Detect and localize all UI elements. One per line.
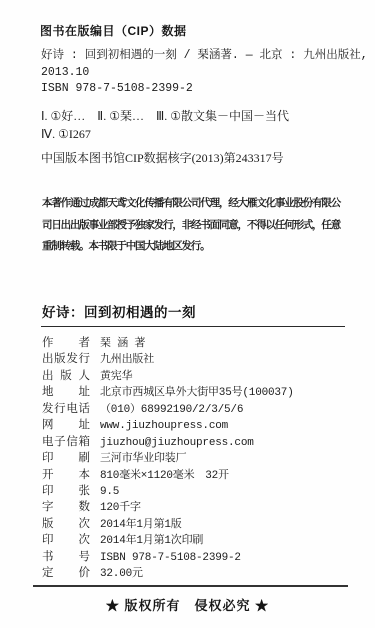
field-value: 三河市华业印装厂	[100, 449, 186, 465]
publication-info-row: 出版发行九州出版社	[42, 350, 345, 366]
publication-info-row: 发行电话（010）68992190/2/3/5/6	[42, 400, 345, 416]
cip-classification-line: Ⅳ. ①I267	[41, 125, 289, 143]
publication-info-row: 作者琹 涵 著	[42, 334, 345, 350]
field-value: 2014年1月第1版	[100, 515, 182, 531]
field-label: 地址	[42, 383, 90, 399]
publication-info-row: 定价32.00元	[42, 564, 345, 580]
field-label: 发行电话	[42, 400, 90, 416]
field-value: www.jiuzhoupress.com	[100, 420, 228, 432]
publication-info-row: 印刷三河市华业印装厂	[42, 449, 345, 465]
field-value: 九州出版社	[100, 350, 154, 366]
book-title: 好诗：回到初相遇的一刻	[42, 301, 196, 321]
cip-record-line: ISBN 978-7-5108-2399-2	[41, 81, 345, 98]
field-value: 32.00元	[100, 564, 143, 580]
publication-info-row: 出版人黄宪华	[42, 367, 345, 383]
field-label: 版次	[42, 515, 90, 531]
field-value: 9.5	[100, 486, 119, 498]
field-label: 出版发行	[42, 350, 90, 366]
cip-record-line: 2013.10	[41, 65, 345, 82]
field-label: 印刷	[42, 449, 90, 465]
field-value: ISBN 978-7-5108-2399-2	[100, 552, 241, 564]
field-label: 印张	[42, 482, 90, 498]
publication-info-row: 印张9.5	[42, 482, 345, 498]
field-value: 2014年1月第1次印刷	[100, 531, 203, 547]
cip-classification-line: Ⅰ. ①好… Ⅱ. ①琹… Ⅲ. ①散文集－中国－当代	[41, 107, 289, 125]
field-label: 开本	[42, 466, 90, 482]
publication-info-row: 书号ISBN 978-7-5108-2399-2	[42, 548, 345, 564]
field-label: 出版人	[42, 367, 90, 383]
publication-info-row: 字数120千字	[42, 498, 345, 514]
cip-record-line: 好诗 : 回到初相遇的一刻 / 琹涵著. — 北京 : 九州出版社,	[41, 48, 345, 65]
publication-info-row: 开本810毫米×1120毫米 32开	[42, 466, 345, 482]
cip-section-header: 图书在版编目（CIP）数据	[40, 22, 187, 39]
bottom-divider-rule	[33, 585, 348, 587]
copyright-warning: ★ 版权所有 侵权必究 ★	[0, 595, 375, 614]
book-copyright-page: 图书在版编目（CIP）数据 好诗 : 回到初相遇的一刻 / 琹涵著. — 北京 …	[0, 0, 375, 628]
field-value: 北京市西城区阜外大街甲35号(100037)	[100, 383, 294, 399]
publication-info-row: 网址www.jiuzhoupress.com	[42, 416, 345, 432]
field-value: 810毫米×1120毫米 32开	[100, 466, 229, 482]
publication-info-row: 地址北京市西城区阜外大街甲35号(100037)	[42, 383, 345, 399]
cip-classification-block: Ⅰ. ①好… Ⅱ. ①琹… Ⅲ. ①散文集－中国－当代 Ⅳ. ①I267	[41, 107, 289, 143]
field-label: 书号	[42, 548, 90, 564]
cip-verification-number: 中国版本图书馆CIP数据核字(2013)第243317号	[41, 149, 284, 166]
field-value: 黄宪华	[100, 367, 132, 383]
field-label: 作者	[42, 334, 90, 350]
field-label: 电子信箱	[42, 433, 90, 449]
publication-info-row: 印次2014年1月第1次印刷	[42, 531, 345, 547]
publication-info-row: 电子信箱jiuzhou@jiuzhoupress.com	[42, 433, 345, 449]
field-value: 琹 涵 著	[100, 334, 145, 350]
cip-record-block: 好诗 : 回到初相遇的一刻 / 琹涵著. — 北京 : 九州出版社, 2013.…	[41, 48, 345, 98]
license-notice-paragraph: 本著作通过成都天鸢文化传播有限公司代理，经大雁文化事业股份有限公司日出出版事业部…	[42, 193, 340, 258]
field-value: jiuzhou@jiuzhoupress.com	[100, 437, 254, 449]
title-divider-rule	[41, 326, 345, 327]
publication-info-table: 作者琹 涵 著出版发行九州出版社出版人黄宪华地址北京市西城区阜外大街甲35号(1…	[42, 334, 345, 581]
field-value: 120千字	[100, 498, 141, 514]
publication-info-row: 版次2014年1月第1版	[42, 515, 345, 531]
field-label: 定价	[42, 564, 90, 580]
field-label: 网址	[42, 416, 90, 432]
field-label: 印次	[42, 531, 90, 547]
field-value: （010）68992190/2/3/5/6	[100, 400, 243, 416]
field-label: 字数	[42, 498, 90, 514]
